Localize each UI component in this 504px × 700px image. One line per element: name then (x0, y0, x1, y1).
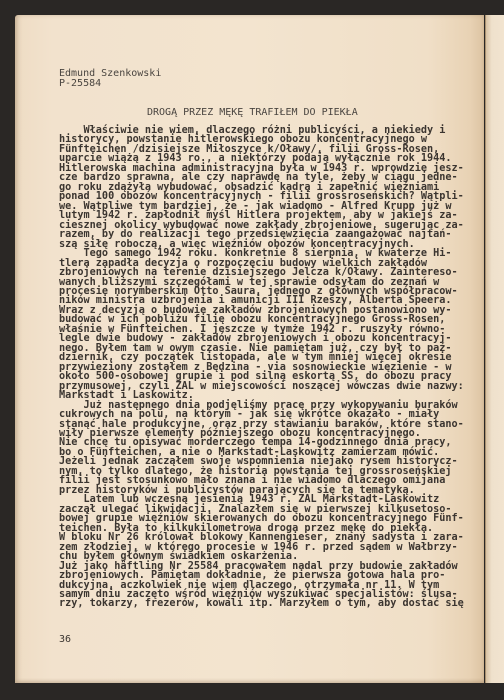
page-number: 36 (59, 635, 71, 644)
adjacent-page-edge (485, 15, 504, 683)
body-text: Właściwie nie wiem, dlaczego różni publi… (59, 126, 464, 609)
text-line: rzy, tokarzy, frezerów, kowali itp. Marz… (59, 599, 464, 608)
chapter-title: DROGĄ PRZEZ MĘKĘ TRAFIŁEM DO PIEKŁA (147, 108, 358, 117)
prisoner-number: P-25584 (59, 78, 101, 89)
author-block: Edmund Szenkowski P-25584 (59, 69, 161, 89)
